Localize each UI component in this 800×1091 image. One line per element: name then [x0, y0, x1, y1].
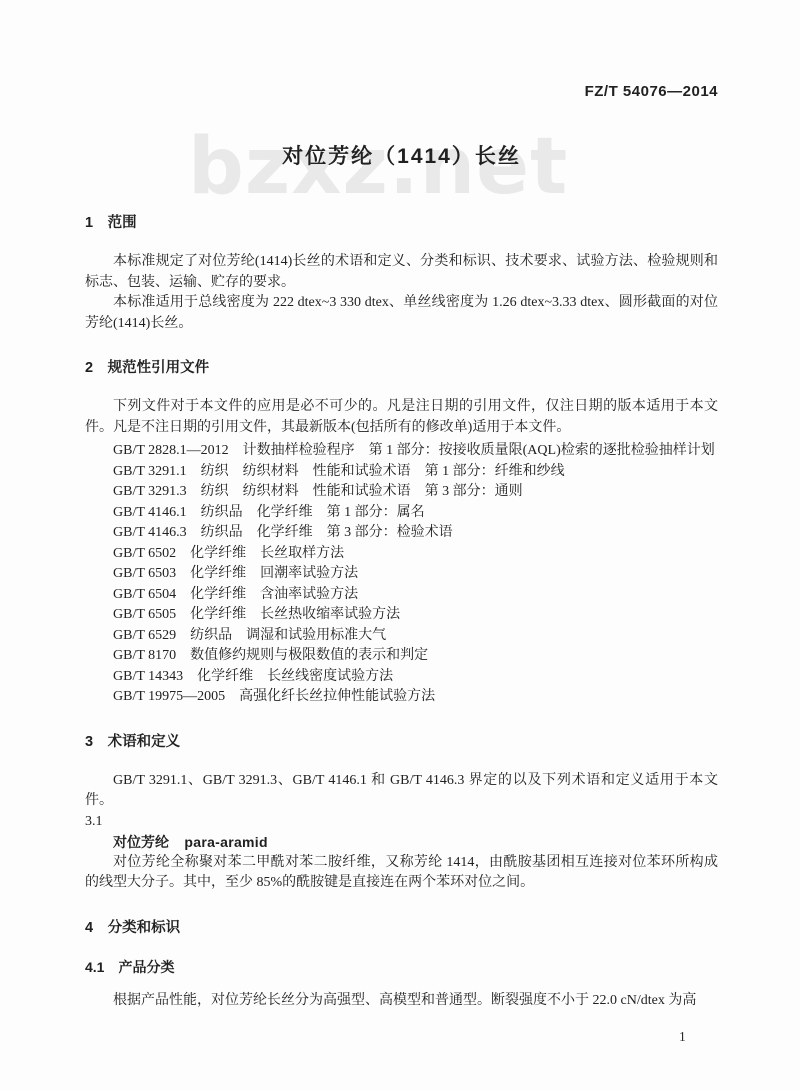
term-english: para-aramid — [184, 834, 267, 850]
reference-item: GB/T 6529 纺织品 调湿和试验用标准大气 — [85, 626, 718, 647]
paragraph-terms-intro: GB/T 3291.1、GB/T 3291.3、GB/T 4146.1 和 GB… — [85, 771, 718, 812]
section-4-heading: 4 分类和标识 — [85, 920, 718, 937]
clause-number-3-1: 3.1 — [85, 812, 718, 833]
reference-item: GB/T 8170 数值修约规则与极限数值的表示和判定 — [85, 646, 718, 667]
paragraph-references-intro: 下列文件对于本文件的应用是必不可少的。凡是注日期的引用文件，仅注日期的版本适用于… — [85, 397, 718, 438]
section-4-body: 根据产品性能，对位芳纶长丝分为高强型、高模型和普通型。断裂强度不小于 22.0 … — [85, 991, 718, 1012]
section-3-body: GB/T 3291.1、GB/T 3291.3、GB/T 4146.1 和 GB… — [85, 771, 718, 894]
section-1-heading: 1 范围 — [85, 215, 718, 232]
reference-item: GB/T 4146.1 纺织品 化学纤维 第 1 部分：属名 — [85, 503, 718, 524]
reference-list: GB/T 2828.1—2012 计数抽样检验程序 第 1 部分：按接收质量限(… — [85, 441, 718, 708]
paragraph-classification: 根据产品性能，对位芳纶长丝分为高强型、高模型和普通型。断裂强度不小于 22.0 … — [85, 991, 718, 1012]
reference-item: GB/T 3291.3 纺织 纺织材料 性能和试验术语 第 3 部分：通则 — [85, 482, 718, 503]
reference-item: GB/T 6505 化学纤维 长丝热收缩率试验方法 — [85, 605, 718, 626]
reference-item: GB/T 6504 化学纤维 含油率试验方法 — [85, 585, 718, 606]
term-entry: 对位芳纶para-aramid — [85, 832, 718, 853]
section-2-heading: 2 规范性引用文件 — [85, 360, 718, 377]
section-2-body: 下列文件对于本文件的应用是必不可少的。凡是注日期的引用文件，仅注日期的版本适用于… — [85, 397, 718, 708]
reference-item: GB/T 14343 化学纤维 长丝线密度试验方法 — [85, 667, 718, 688]
reference-item: GB/T 19975—2005 高强化纤长丝拉伸性能试验方法 — [85, 687, 718, 708]
standard-code: FZ/T 54076—2014 — [85, 84, 718, 100]
paragraph-scope-2: 本标准适用于总线密度为 222 dtex~3 330 dtex、单丝线密度为 1… — [85, 293, 718, 334]
page-number: 1 — [679, 1029, 686, 1045]
reference-item: GB/T 4146.3 纺织品 化学纤维 第 3 部分：检验术语 — [85, 523, 718, 544]
document-title: 对位芳纶（1414）长丝 — [85, 143, 718, 170]
paragraph-term-definition: 对位芳纶全称聚对苯二甲酰对苯二胺纤维，又称芳纶 1414，由酰胺基团相互连接对位… — [85, 853, 718, 894]
paragraph-scope-1: 本标准规定了对位芳纶(1414)长丝的术语和定义、分类和标识、技术要求、试验方法… — [85, 252, 718, 293]
reference-item: GB/T 6503 化学纤维 回潮率试验方法 — [85, 564, 718, 585]
section-3-heading: 3 术语和定义 — [85, 734, 718, 751]
reference-item: GB/T 6502 化学纤维 长丝取样方法 — [85, 544, 718, 565]
document-page: bzxz.net FZ/T 54076—2014 对位芳纶（1414）长丝 1 … — [0, 0, 800, 1091]
section-4-1-heading: 4.1 产品分类 — [85, 959, 718, 975]
term-chinese: 对位芳纶 — [113, 834, 169, 850]
reference-item: GB/T 2828.1—2012 计数抽样检验程序 第 1 部分：按接收质量限(… — [85, 441, 718, 462]
page-content: FZ/T 54076—2014 对位芳纶（1414）长丝 1 范围 本标准规定了… — [0, 0, 800, 1011]
section-1-body: 本标准规定了对位芳纶(1414)长丝的术语和定义、分类和标识、技术要求、试验方法… — [85, 252, 718, 334]
reference-item: GB/T 3291.1 纺织 纺织材料 性能和试验术语 第 1 部分：纤维和纱线 — [85, 462, 718, 483]
